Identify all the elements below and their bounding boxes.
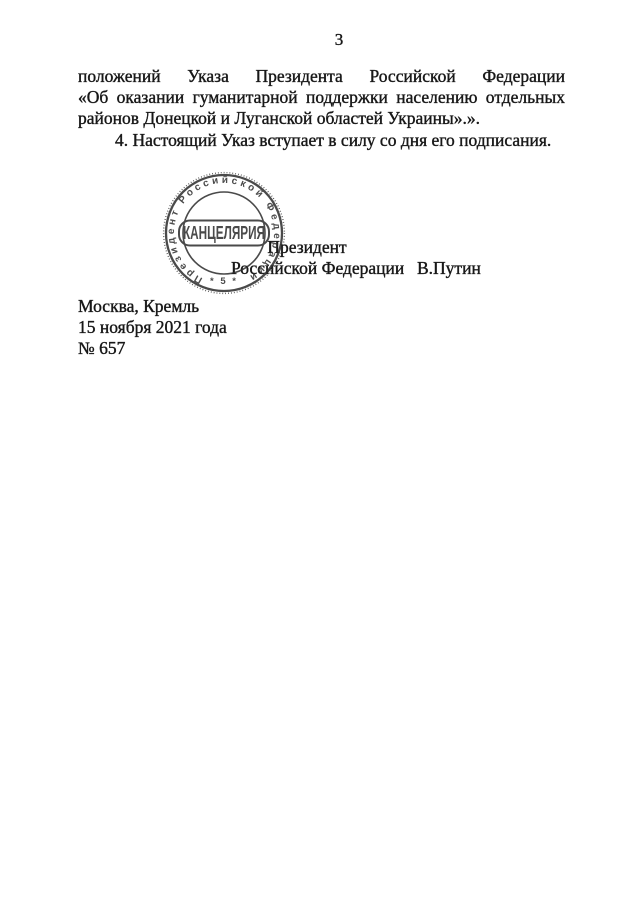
decree-number: № 657 [78,338,227,359]
clause-4-line: 4. Настоящий Указ вступает в силу со дня… [78,130,565,151]
signature-name: В.Путин [417,258,481,279]
issue-place: Москва, Кремль [78,296,227,317]
paragraph-line-1: положений Указа Президента Российской Фе… [78,66,565,87]
issue-date: 15 ноября 2021 года [78,317,227,338]
paragraph-line-3: районов Донецкой и Луганской областей Ук… [78,108,565,129]
page-number: 3 [335,30,344,50]
signature-title-line-1: Президент [231,237,383,258]
document-page: 3 положений Указа Президента Российской … [0,0,640,905]
paragraph-line-2: «Об оказании гуманитарной поддержки насе… [78,87,565,108]
decree-body: положений Указа Президента Российской Фе… [78,66,565,151]
signature-title-line-2: Российской Федерации [231,258,404,279]
issue-block: Москва, Кремль 15 ноября 2021 года № 657 [78,296,227,359]
